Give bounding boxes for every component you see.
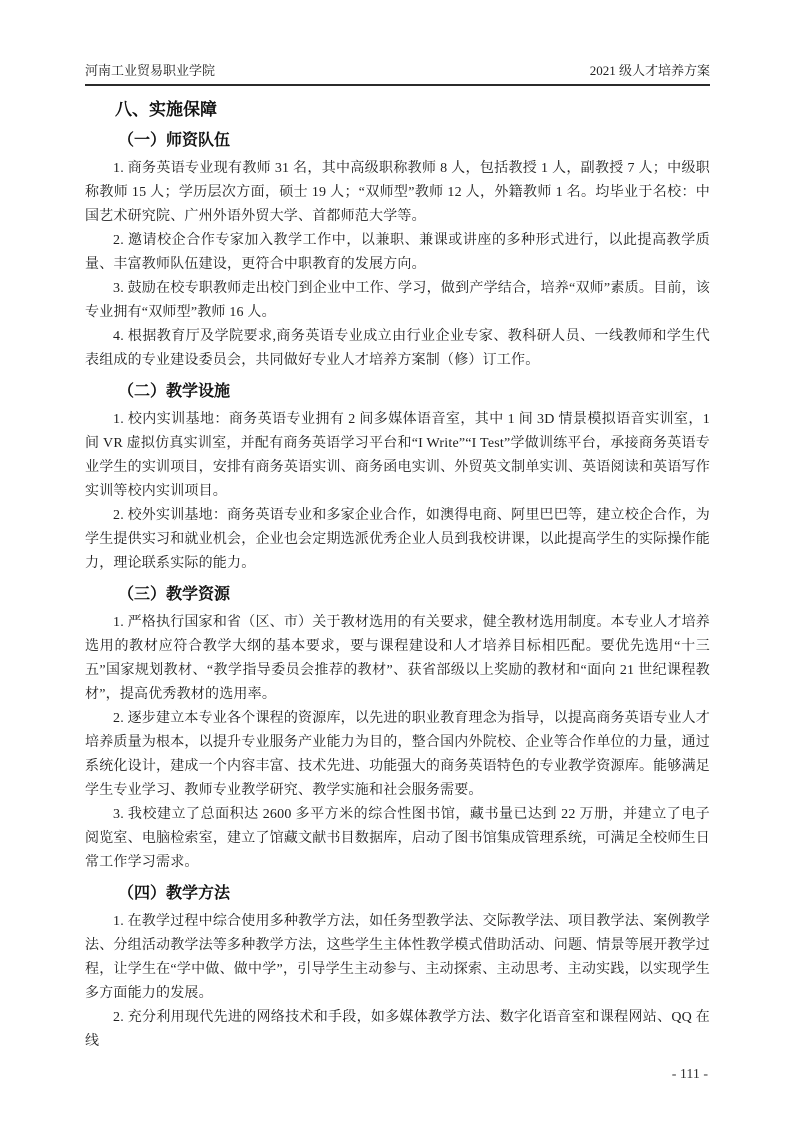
section-heading-facilities: （二）教学设施	[85, 380, 710, 404]
document-page: 河南工业贸易职业学院 2021 级人才培养方案 八、实施保障 （一）师资队伍 1…	[0, 0, 793, 1122]
paragraph: 3. 我校建立了总面积达 2600 多平方米的综合性图书馆，藏书量已达到 22 …	[85, 803, 710, 875]
paragraph: 1. 校内实训基地：商务英语专业拥有 2 间多媒体语音室，其中 1 间 3D 情…	[85, 408, 710, 504]
page-number: - 111 -	[672, 1067, 708, 1082]
page-footer: - 111 -	[85, 1067, 710, 1083]
page-header: 河南工业贸易职业学院 2021 级人才培养方案	[85, 62, 710, 86]
paragraph: 1. 严格执行国家和省（区、市）关于教材选用的有关要求，健全教材选用制度。本专业…	[85, 611, 710, 707]
paragraph: 2. 邀请校企合作专家加入教学工作中，以兼职、兼课或讲座的多种形式进行，以此提高…	[85, 229, 710, 277]
chapter-title: 八、实施保障	[85, 98, 710, 122]
section-heading-methods: （四）教学方法	[85, 882, 710, 906]
paragraph: 2. 充分利用现代先进的网络技术和手段，如多媒体教学方法、数字化语音室和课程网站…	[85, 1006, 710, 1054]
paragraph: 4. 根据教育厅及学院要求,商务英语专业成立由行业企业专家、教科研人员、一线教师…	[85, 325, 710, 373]
section-methods: （四）教学方法 1. 在教学过程中综合使用多种教学方法，如任务型教学法、交际教学…	[85, 882, 710, 1054]
section-heading-faculty: （一）师资队伍	[85, 129, 710, 153]
section-heading-resources: （三）教学资源	[85, 583, 710, 607]
section-facilities: （二）教学设施 1. 校内实训基地：商务英语专业拥有 2 间多媒体语音室，其中 …	[85, 380, 710, 576]
paragraph: 2. 逐步建立本专业各个课程的资源库，以先进的职业教育理念为指导，以提高商务英语…	[85, 707, 710, 803]
paragraph: 1. 在教学过程中综合使用多种教学方法，如任务型教学法、交际教学法、项目教学法、…	[85, 910, 710, 1006]
document-body: 八、实施保障 （一）师资队伍 1. 商务英语专业现有教师 31 名，其中高级职称…	[85, 98, 710, 1054]
section-resources: （三）教学资源 1. 严格执行国家和省（区、市）关于教材选用的有关要求，健全教材…	[85, 583, 710, 875]
paragraph: 1. 商务英语专业现有教师 31 名，其中高级职称教师 8 人，包括教授 1 人…	[85, 157, 710, 229]
header-document-title: 2021 级人才培养方案	[590, 62, 710, 80]
paragraph: 3. 鼓励在校专职教师走出校门到企业中工作、学习，做到产学结合，培养“双师”素质…	[85, 277, 710, 325]
paragraph: 2. 校外实训基地：商务英语专业和多家企业合作，如澳得电商、阿里巴巴等，建立校企…	[85, 504, 710, 576]
header-school-name: 河南工业贸易职业学院	[85, 62, 215, 80]
section-faculty: （一）师资队伍 1. 商务英语专业现有教师 31 名，其中高级职称教师 8 人，…	[85, 129, 710, 373]
